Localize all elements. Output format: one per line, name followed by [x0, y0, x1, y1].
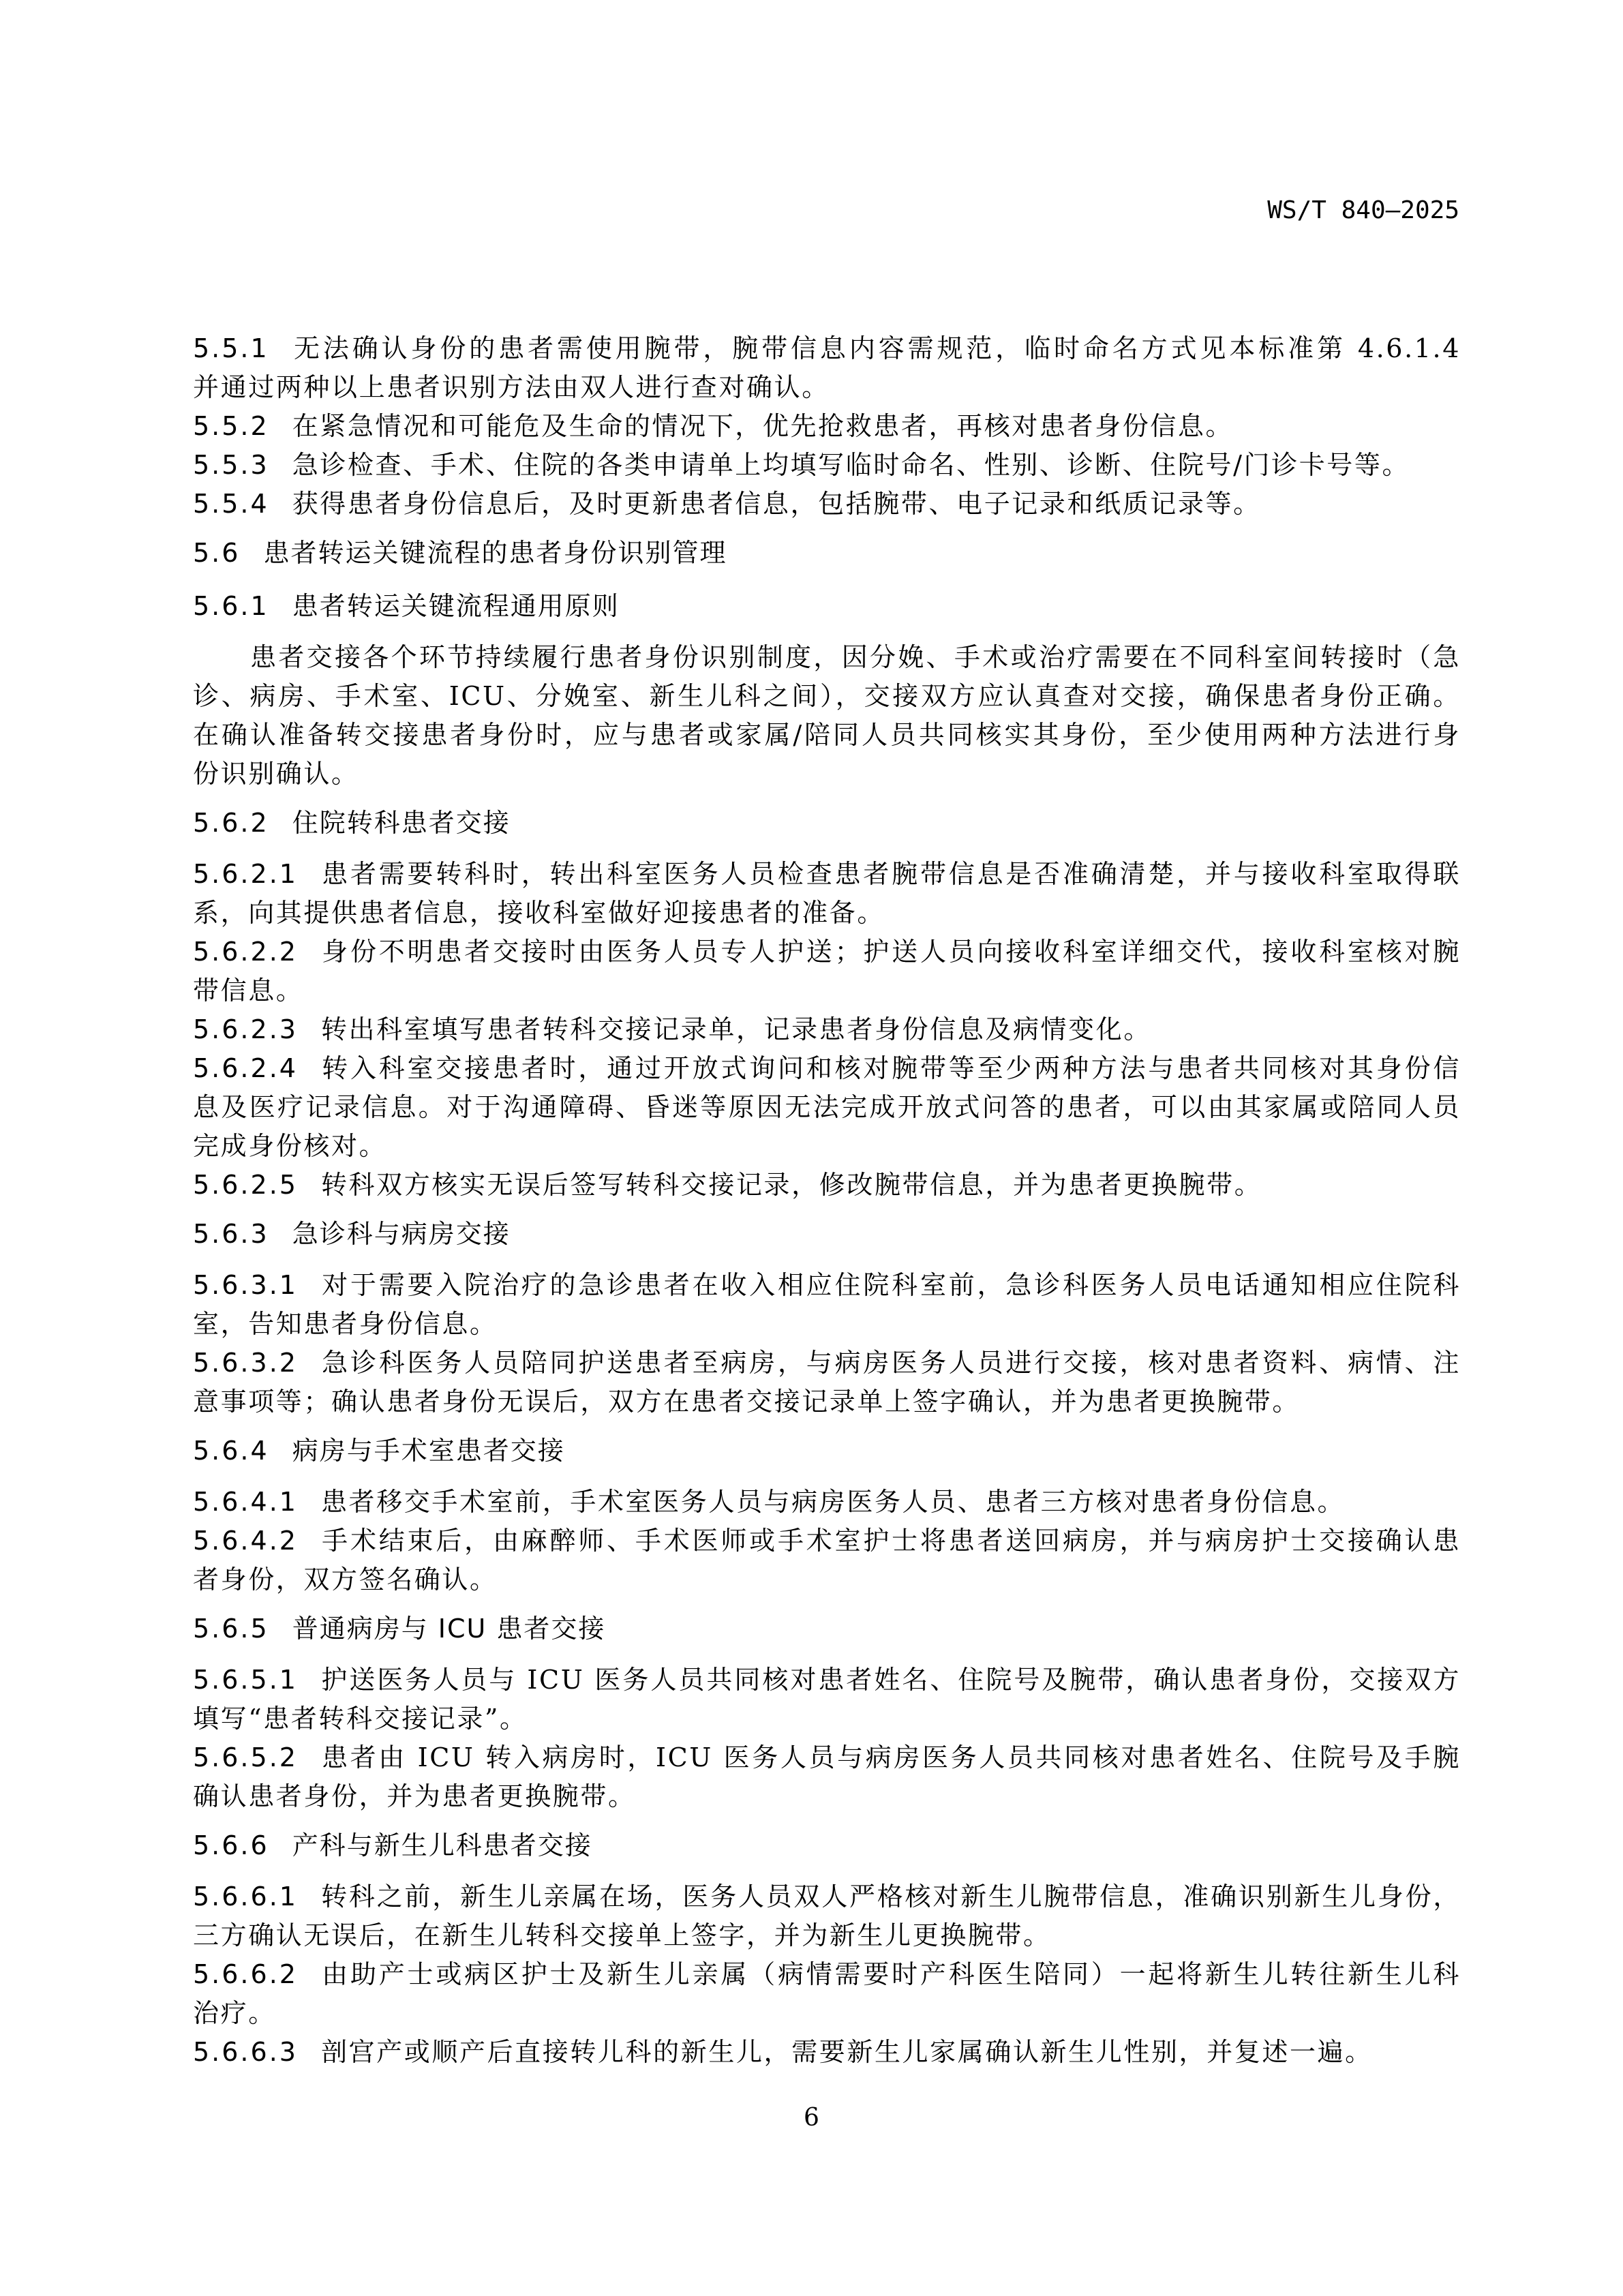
section-number: 5.6.4 [193, 1436, 269, 1466]
clause-number: 5.6.6.1 [193, 1882, 298, 1912]
clause-5-5-1-line-1: 5.5.1无法确认身份的患者需使用腕带，腕带信息内容需规范，临时命名方式见本标准… [193, 333, 1461, 364]
section-heading-5-6-6: 5.6.6产科与新生儿科患者交接 [193, 1830, 1461, 1861]
clause-5-6-5-1-line-1: 5.6.5.1护送医务人员与 ICU 医务人员共同核对患者姓名、住院号及腕带，确… [193, 1664, 1461, 1695]
clause-text: 剖宫产或顺产后直接转儿科的新生儿，需要新生儿家属确认新生儿性别，并复述一遍。 [321, 2037, 1373, 2067]
clause-text: 在紧急情况和可能危及生命的情况下，优先抢救患者，再核对患者身份信息。 [292, 411, 1233, 441]
section-title: 住院转科患者交接 [292, 808, 511, 838]
section-title: 病房与手术室患者交接 [292, 1436, 565, 1466]
clause-5-6-2-4-line-1: 5.6.2.4转入科室交接患者时，通过开放式询问和核对腕带等至少两种方法与患者共… [193, 1053, 1461, 1084]
clause-text: 患者移交手术室前，手术室医务人员与病房医务人员、患者三方核对患者身份信息。 [321, 1487, 1345, 1517]
clause-number: 5.5.2 [193, 411, 269, 441]
paragraph-5-6-1-line-2: 诊、病房、手术室、ICU、分娩室、新生儿科之间），交接双方应认真查对交接，确保患… [193, 680, 1461, 712]
clause-5-5-4: 5.5.4获得患者身份信息后，及时更新患者信息，包括腕带、电子记录和纸质记录等。 [193, 488, 1461, 519]
clause-text: 由助产士或病区护士及新生儿亲属（病情需要时产科医生陪同）一起将新生儿转往新生儿科 [321, 1959, 1461, 1989]
clause-5-6-3-2-line-2: 意事项等；确认患者身份无误后，双方在患者交接记录单上签字确认，并为患者更换腕带。 [193, 1386, 1461, 1417]
clause-5-6-3-1-line-1: 5.6.3.1对于需要入院治疗的急诊患者在收入相应住院科室前，急诊科医务人员电话… [193, 1269, 1461, 1301]
clause-number: 5.6.2.2 [193, 937, 298, 967]
clause-5-6-4-2-line-1: 5.6.4.2手术结束后，由麻醉师、手术医师或手术室护士将患者送回病房，并与病房… [193, 1525, 1461, 1556]
clause-5-5-3: 5.5.3急诊检查、手术、住院的各类申请单上均填写临时命名、性别、诊断、住院号/… [193, 449, 1461, 481]
section-number: 5.6.2 [193, 808, 269, 838]
clause-text: 护送医务人员与 ICU 医务人员共同核对患者姓名、住院号及腕带，确认患者身份，交… [321, 1665, 1461, 1695]
clause-5-6-2-5: 5.6.2.5转科双方核实无误后签写转科交接记录，修改腕带信息，并为患者更换腕带… [193, 1169, 1461, 1200]
clause-number: 5.5.3 [193, 450, 269, 480]
clause-number: 5.5.4 [193, 489, 269, 519]
clause-text: 急诊科医务人员陪同护送患者至病房，与病房医务人员进行交接，核对患者资料、病情、注 [321, 1348, 1461, 1378]
clause-5-6-2-1-line-2: 系，向其提供患者信息，接收科室做好迎接患者的准备。 [193, 897, 1461, 928]
clause-number: 5.6.6.3 [193, 2037, 298, 2067]
clause-number: 5.6.2.1 [193, 859, 298, 889]
clause-5-6-5-1-line-2: 填写“患者转科交接记录”。 [193, 1703, 1461, 1734]
section-title: 患者转运关键流程通用原则 [292, 591, 620, 621]
clause-text: 转科之前，新生儿亲属在场，医务人员双人严格核对新生儿腕带信息，准确识别新生儿身份… [321, 1882, 1461, 1912]
clause-5-6-6-1-line-2: 三方确认无误后，在新生儿转科交接单上签字，并为新生儿更换腕带。 [193, 1920, 1461, 1951]
standard-code-header: WS/T 840—2025 [1267, 196, 1459, 224]
clause-number: 5.6.5.1 [193, 1665, 298, 1695]
section-number: 5.6.5 [193, 1614, 269, 1644]
clause-text: 患者由 ICU 转入病房时，ICU 医务人员与病房医务人员共同核对患者姓名、住院… [193, 1742, 1461, 1773]
clause-number: 5.6.2.5 [193, 1170, 298, 1200]
clause-5-6-6-3: 5.6.6.3剖宫产或顺产后直接转儿科的新生儿，需要新生儿家属确认新生儿性别，并… [193, 2036, 1461, 2068]
clause-5-6-5-2-line-1: 5.6.5.2患者由 ICU 转入病房时，ICU 医务人员与病房医务人员共同核对… [193, 1742, 1461, 1773]
clause-text: 患者需要转科时，转出科室医务人员检查患者腕带信息是否准确清楚，并与接收科室取得联 [321, 859, 1461, 889]
section-title: 急诊科与病房交接 [292, 1219, 511, 1249]
clause-text: 手术结束后，由麻醉师、手术医师或手术室护士将患者送回病房，并与病房护士交接确认患 [321, 1526, 1461, 1556]
clause-number: 5.6.5.2 [193, 1742, 298, 1772]
clause-5-6-2-1-line-1: 5.6.2.1患者需要转科时，转出科室医务人员检查患者腕带信息是否准确清楚，并与… [193, 858, 1461, 890]
clause-text: 转科双方核实无误后签写转科交接记录，修改腕带信息，并为患者更换腕带。 [321, 1170, 1262, 1200]
clause-5-6-4-1: 5.6.4.1患者移交手术室前，手术室医务人员与病房医务人员、患者三方核对患者身… [193, 1486, 1461, 1517]
clause-5-6-4-2-line-2: 者身份，双方签名确认。 [193, 1564, 1461, 1595]
clause-5-6-3-2-line-1: 5.6.3.2急诊科医务人员陪同护送患者至病房，与病房医务人员进行交接，核对患者… [193, 1347, 1461, 1378]
document-page: WS/T 840—2025 5.5.1无法确认身份的患者需使用腕带，腕带信息内容… [0, 0, 1623, 2296]
paragraph-5-6-1-line-1: 患者交接各个环节持续履行患者身份识别制度，因分娩、手术或治疗需要在不同科室间转接… [193, 641, 1461, 673]
section-heading-5-6-2: 5.6.2住院转科患者交接 [193, 807, 1461, 839]
section-number: 5.6.3 [193, 1219, 269, 1249]
clause-5-6-2-2-line-2: 带信息。 [193, 975, 1461, 1006]
clause-5-5-1-line-2: 并通过两种以上患者识别方法由双人进行查对确认。 [193, 372, 1461, 403]
clause-5-6-6-2-line-2: 治疗。 [193, 1997, 1461, 2029]
clause-number: 5.5.1 [193, 333, 269, 363]
paragraph-5-6-1-line-3: 在确认准备转交接患者身份时，应与患者或家属/陪同人员共同核实其身份，至少使用两种… [193, 719, 1461, 751]
clause-number: 5.6.4.1 [193, 1487, 298, 1517]
clause-text: 无法确认身份的患者需使用腕带，腕带信息内容需规范，临时命名方式见本标准第 4.6… [193, 333, 1461, 364]
clause-number: 5.6.2.4 [193, 1053, 298, 1083]
clause-number: 5.6.3.1 [193, 1270, 298, 1300]
clause-5-6-6-1-line-1: 5.6.6.1转科之前，新生儿亲属在场，医务人员双人严格核对新生儿腕带信息，准确… [193, 1881, 1461, 1912]
clause-5-6-2-2-line-1: 5.6.2.2身份不明患者交接时由医务人员专人护送；护送人员向接收科室详细交代，… [193, 936, 1461, 967]
section-number: 5.6 [193, 538, 240, 568]
clause-text: 转入科室交接患者时，通过开放式询问和核对腕带等至少两种方法与患者共同核对其身份信 [321, 1053, 1461, 1083]
clause-number: 5.6.3.2 [193, 1348, 298, 1378]
page-number: 6 [0, 2104, 1623, 2132]
section-number: 5.6.6 [193, 1830, 269, 1860]
section-title: 普通病房与 ICU 患者交接 [292, 1614, 606, 1644]
section-title: 产科与新生儿科患者交接 [292, 1830, 592, 1860]
clause-text: 对于需要入院治疗的急诊患者在收入相应住院科室前，急诊科医务人员电话通知相应住院科 [321, 1270, 1461, 1300]
clause-number: 5.6.6.2 [193, 1959, 298, 1989]
clause-number: 5.6.2.3 [193, 1014, 298, 1044]
section-heading-5-6-5: 5.6.5普通病房与 ICU 患者交接 [193, 1613, 1461, 1644]
clause-text: 转出科室填写患者转科交接记录单，记录患者身份信息及病情变化。 [321, 1014, 1151, 1044]
clause-5-5-2: 5.5.2在紧急情况和可能危及生命的情况下，优先抢救患者，再核对患者身份信息。 [193, 410, 1461, 442]
section-title: 患者转运关键流程的患者身份识别管理 [263, 538, 727, 568]
clause-5-6-6-2-line-1: 5.6.6.2由助产士或病区护士及新生儿亲属（病情需要时产科医生陪同）一起将新生… [193, 1959, 1461, 1990]
section-heading-5-6: 5.6患者转运关键流程的患者身份识别管理 [193, 537, 1461, 569]
section-heading-5-6-4: 5.6.4病房与手术室患者交接 [193, 1435, 1461, 1466]
paragraph-5-6-1-line-4: 份识别确认。 [193, 758, 1461, 789]
clause-text: 急诊检查、手术、住院的各类申请单上均填写临时命名、性别、诊断、住院号/门诊卡号等… [292, 450, 1410, 480]
clause-text: 获得患者身份信息后，及时更新患者信息，包括腕带、电子记录和纸质记录等。 [292, 489, 1261, 519]
section-number: 5.6.1 [193, 591, 269, 621]
clause-5-6-3-1-line-2: 室，告知患者身份信息。 [193, 1308, 1461, 1340]
clause-5-6-2-4-line-2: 息及医疗记录信息。对于沟通障碍、昏迷等原因无法完成开放式问答的患者，可以由其家属… [193, 1091, 1461, 1123]
section-heading-5-6-3: 5.6.3急诊科与病房交接 [193, 1218, 1461, 1250]
clause-number: 5.6.4.2 [193, 1526, 298, 1556]
clause-5-6-2-3: 5.6.2.3转出科室填写患者转科交接记录单，记录患者身份信息及病情变化。 [193, 1014, 1461, 1045]
section-heading-5-6-1: 5.6.1患者转运关键流程通用原则 [193, 590, 1461, 622]
clause-text: 身份不明患者交接时由医务人员专人护送；护送人员向接收科室详细交代，接收科室核对腕 [321, 937, 1461, 967]
clause-5-6-5-2-line-2: 确认患者身份，并为患者更换腕带。 [193, 1781, 1461, 1812]
clause-5-6-2-4-line-3: 完成身份核对。 [193, 1130, 1461, 1162]
